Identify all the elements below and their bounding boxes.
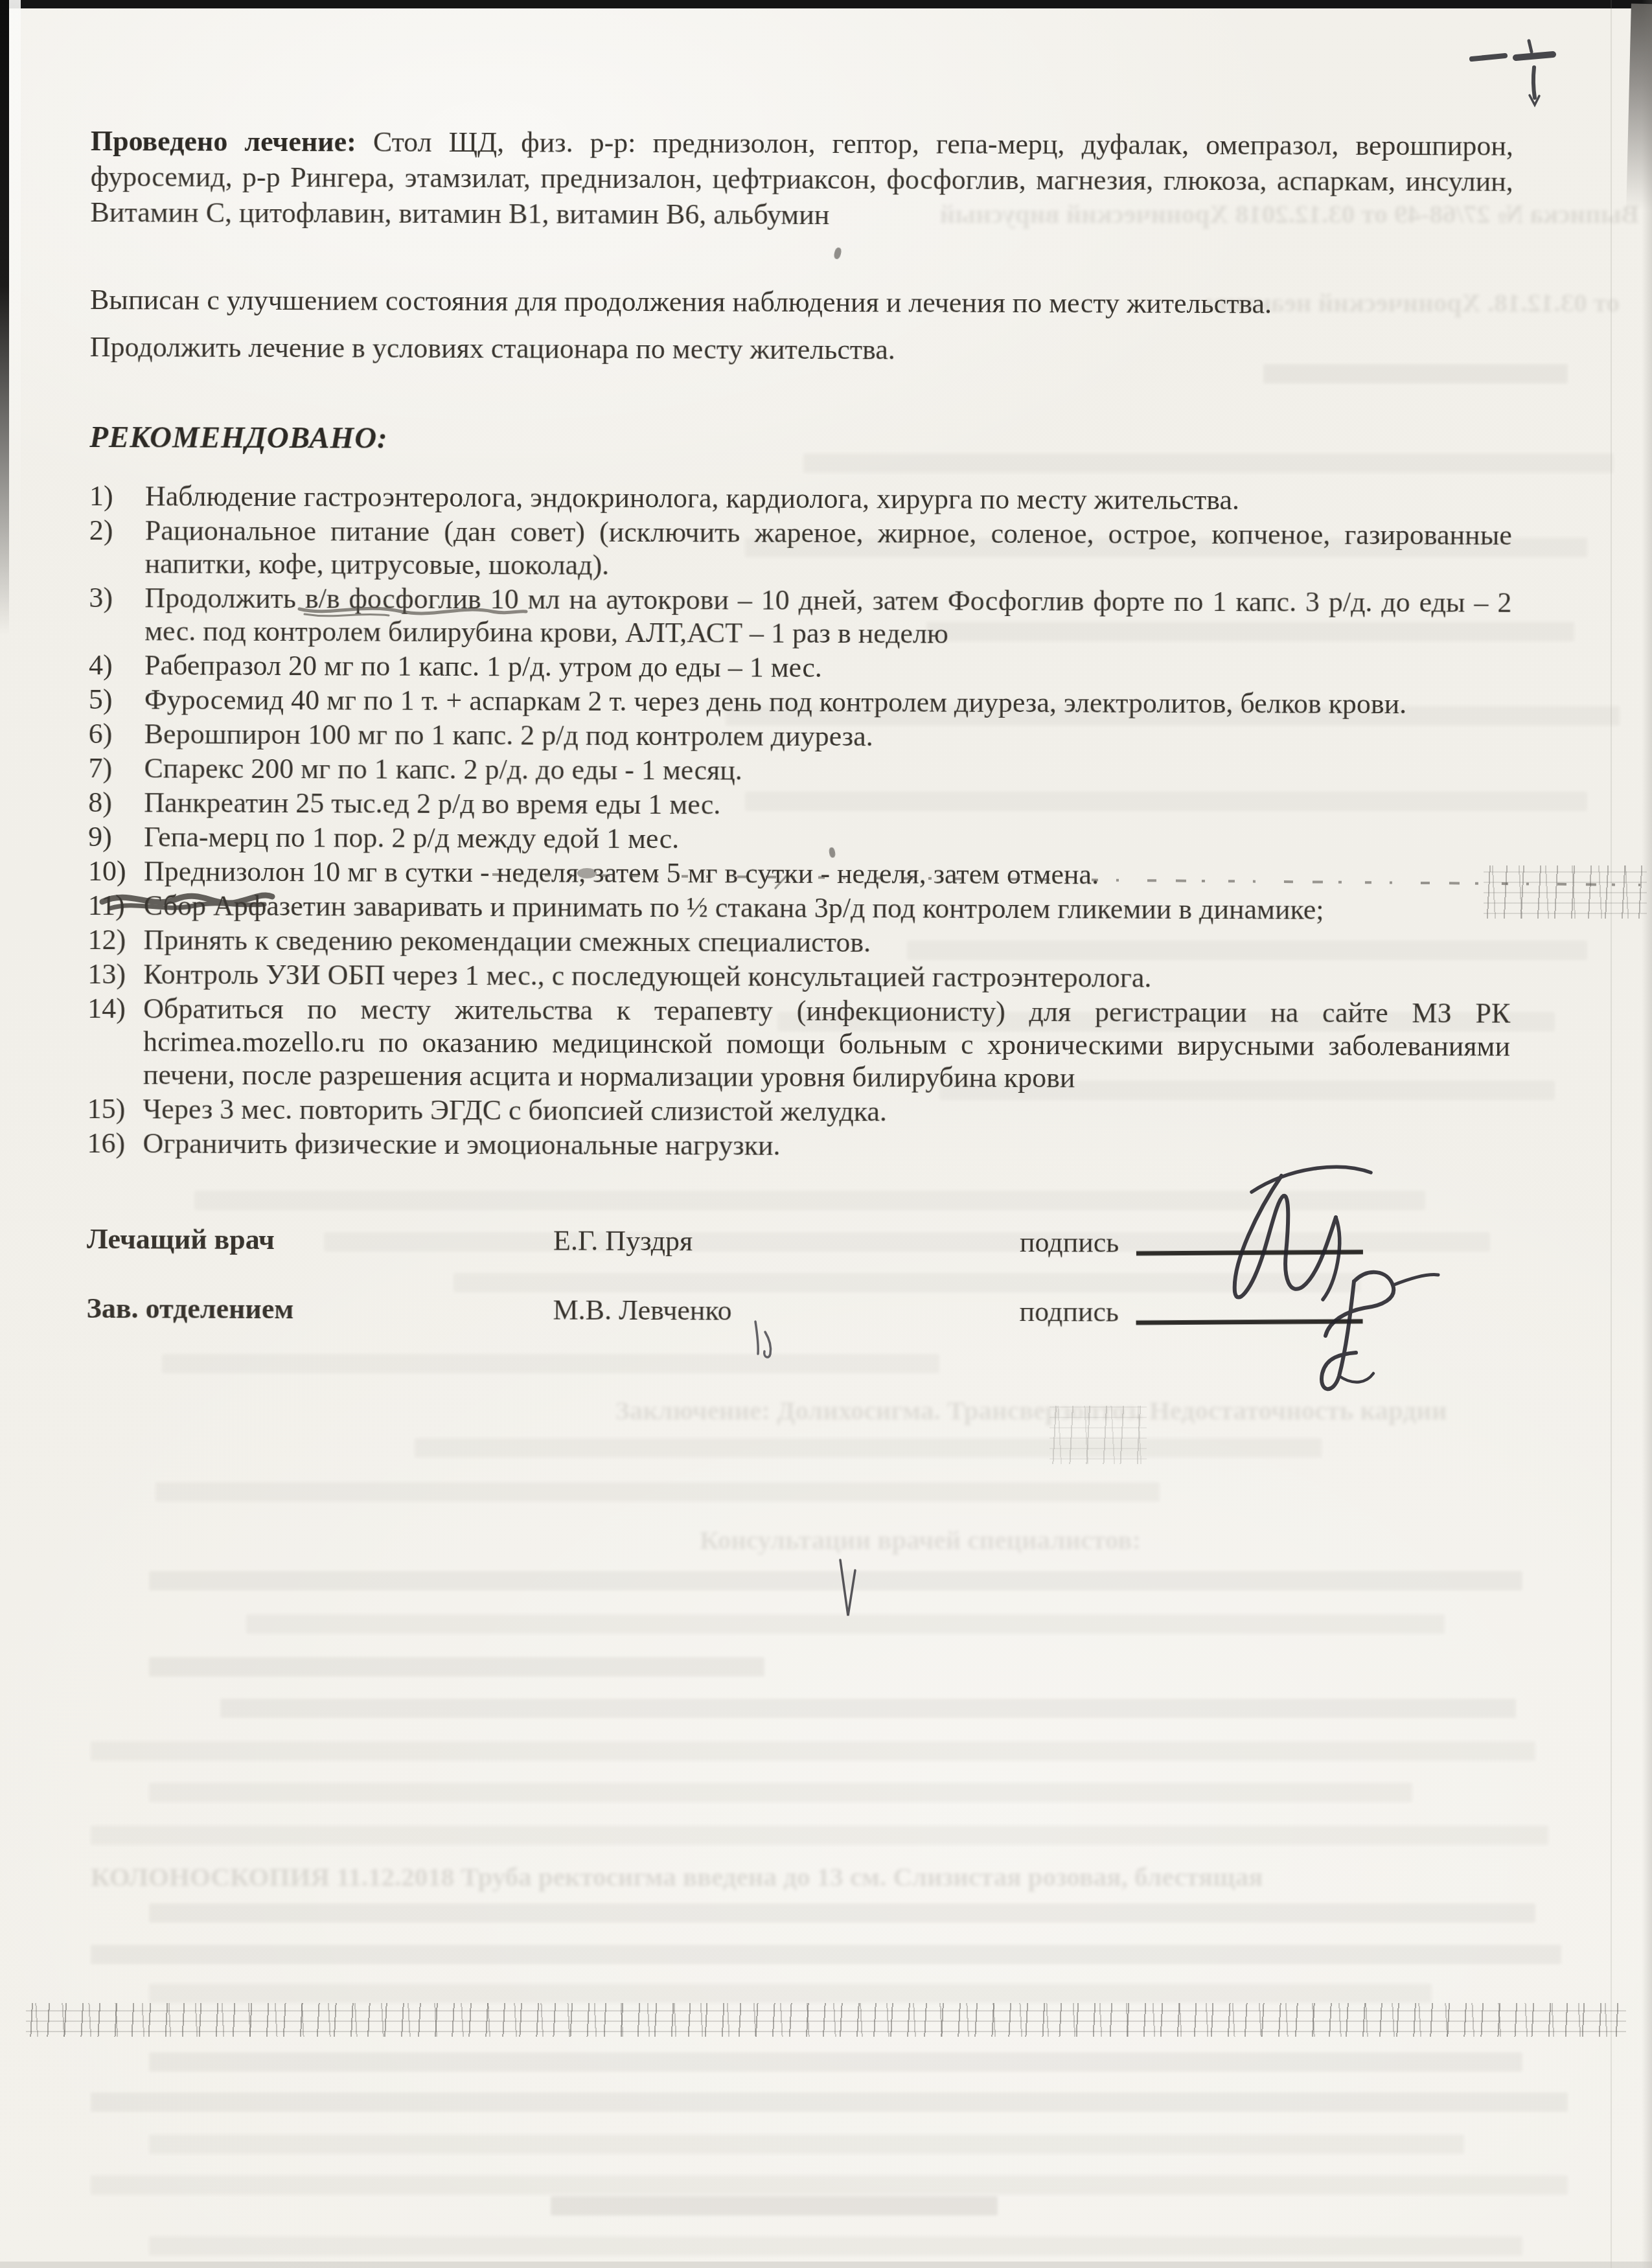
handwriting-overlay bbox=[0, 0, 1652, 2268]
pen-underline-mark bbox=[299, 608, 526, 616]
handwritten-page-mark bbox=[1472, 41, 1553, 105]
pen-arrow-mark bbox=[840, 1560, 855, 1616]
pen-scribble-mark bbox=[102, 895, 272, 908]
signature-department-head bbox=[1322, 1272, 1438, 1389]
pen-dash-trail bbox=[492, 868, 1640, 889]
pen-check-mark bbox=[755, 1322, 771, 1357]
scanned-document-page: Выписка № 27/68-49 от 03.12.2018 Хрониче… bbox=[0, 0, 1652, 2268]
signature-doctor bbox=[1235, 1167, 1371, 1300]
